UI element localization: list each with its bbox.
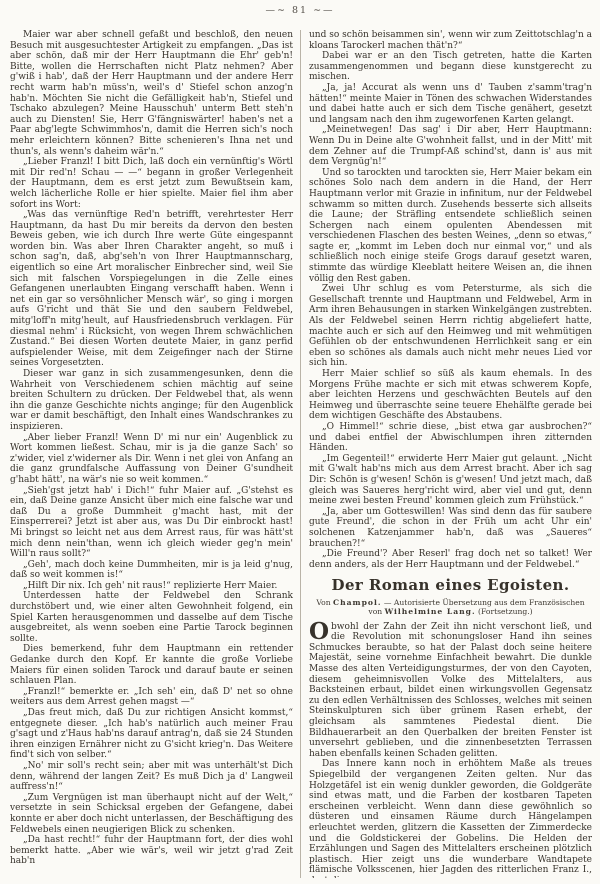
paragraph: „Geh', mach doch keine Dummheiten, mir i… [10,560,293,581]
paragraph-text: bwohl der Zahn der Zeit ihn nicht versch… [309,622,592,759]
drop-cap: O [309,622,331,641]
paragraph: Herr Maier schlief so süß als kaum ehema… [309,369,592,422]
newspaper-page: —∼ 81 ∼— Maier war aber schnell gefaßt u… [0,0,600,884]
paragraph: „Aber lieber Franzl! Wenn D' mi nur ein'… [10,433,293,486]
paragraph: Zwei Uhr schlug es vom Petersturme, als … [309,284,592,369]
paragraph: Dabei war er an den Tisch getreten, hatt… [309,51,592,83]
paragraph: „Das freut mich, daß Du zur richtigen An… [10,708,293,761]
paragraph: „Lieber Franzl! I bitt Dich, laß doch ei… [10,157,293,210]
paragraph: „Im Gegenteil!“ erwiderte Herr Maier gut… [309,454,592,507]
story-header: Der Roman eines Egoisten. Von Champol. —… [309,577,592,616]
paragraph-continuation: und so schön beisammen sin', wenn wir zu… [309,30,592,51]
right-column: und so schön beisammen sin', wenn wir zu… [301,30,592,878]
paragraph: Unterdessen hatte der Feldwebel den Schr… [10,591,293,644]
story-byline: Von Champol. — Autorisierte Übersetzung … [315,598,586,616]
paragraph: Dies bemerkend, fuhr dem Hauptmann ein r… [10,644,293,686]
paragraph: „Franzl!“ bemerkte er. „Ich seh' ein, da… [10,687,293,708]
paragraph: Und so tarockten und tarockten sie, Herr… [309,168,592,285]
paragraph: Maier war aber schnell gefaßt und beschl… [10,30,293,157]
story-first-paragraph: Obwohl der Zahn der Zeit ihn nicht versc… [309,622,592,760]
page-header: —∼ 81 ∼— [0,0,600,21]
header-ornament-right: ∼— [313,5,334,16]
paragraph: „Die Freund'? Aber Reserl' frag doch net… [309,549,592,570]
paragraph: „No' mir soll's recht sein; aber mit was… [10,761,293,793]
paragraph: „O Himmel!“ schrie diese, „bist etwa gar… [309,422,592,454]
page-number: 81 [292,5,308,16]
paragraph: „Hilft Dir nix. Ich geh' nit raus!“ repl… [10,581,293,592]
text-columns: Maier war aber schnell gefaßt und beschl… [0,21,600,878]
paragraph: „Zum Vergnügen ist man überhaupt nicht a… [10,793,293,835]
byline-author: Champol. [333,598,381,607]
paragraph: Dieser war ganz in sich zusammengesunken… [10,369,293,433]
left-column: Maier war aber schnell gefaßt und beschl… [10,30,301,878]
byline-prefix: Von [316,598,333,607]
header-ornament-left: —∼ [265,5,286,16]
paragraph: „Ja, aber um Gotteswillen! Was sind denn… [309,507,592,549]
paragraph: „Sieh'gst jetzt hab' i Dich!“ fuhr Maier… [10,486,293,560]
byline-continuation-note: (Fortsetzung.) [476,607,533,616]
paragraph: „Da hast recht!“ fuhr der Hauptmann fort… [10,835,293,867]
paragraph: „Meinetwegen! Das sag' i Dir aber, Herr … [309,125,592,167]
paragraph: „Ja, ja! Accurat als wenn uns d' Tauben … [309,83,592,125]
byline-translator: Wilhelmine Lang. [385,607,476,616]
paragraph: „Was das vernünftige Red'n betrifft, ver… [10,210,293,369]
story-title: Der Roman eines Egoisten. [309,577,592,594]
paragraph: Das Innere kann noch in erhöhtem Maße al… [309,759,592,878]
